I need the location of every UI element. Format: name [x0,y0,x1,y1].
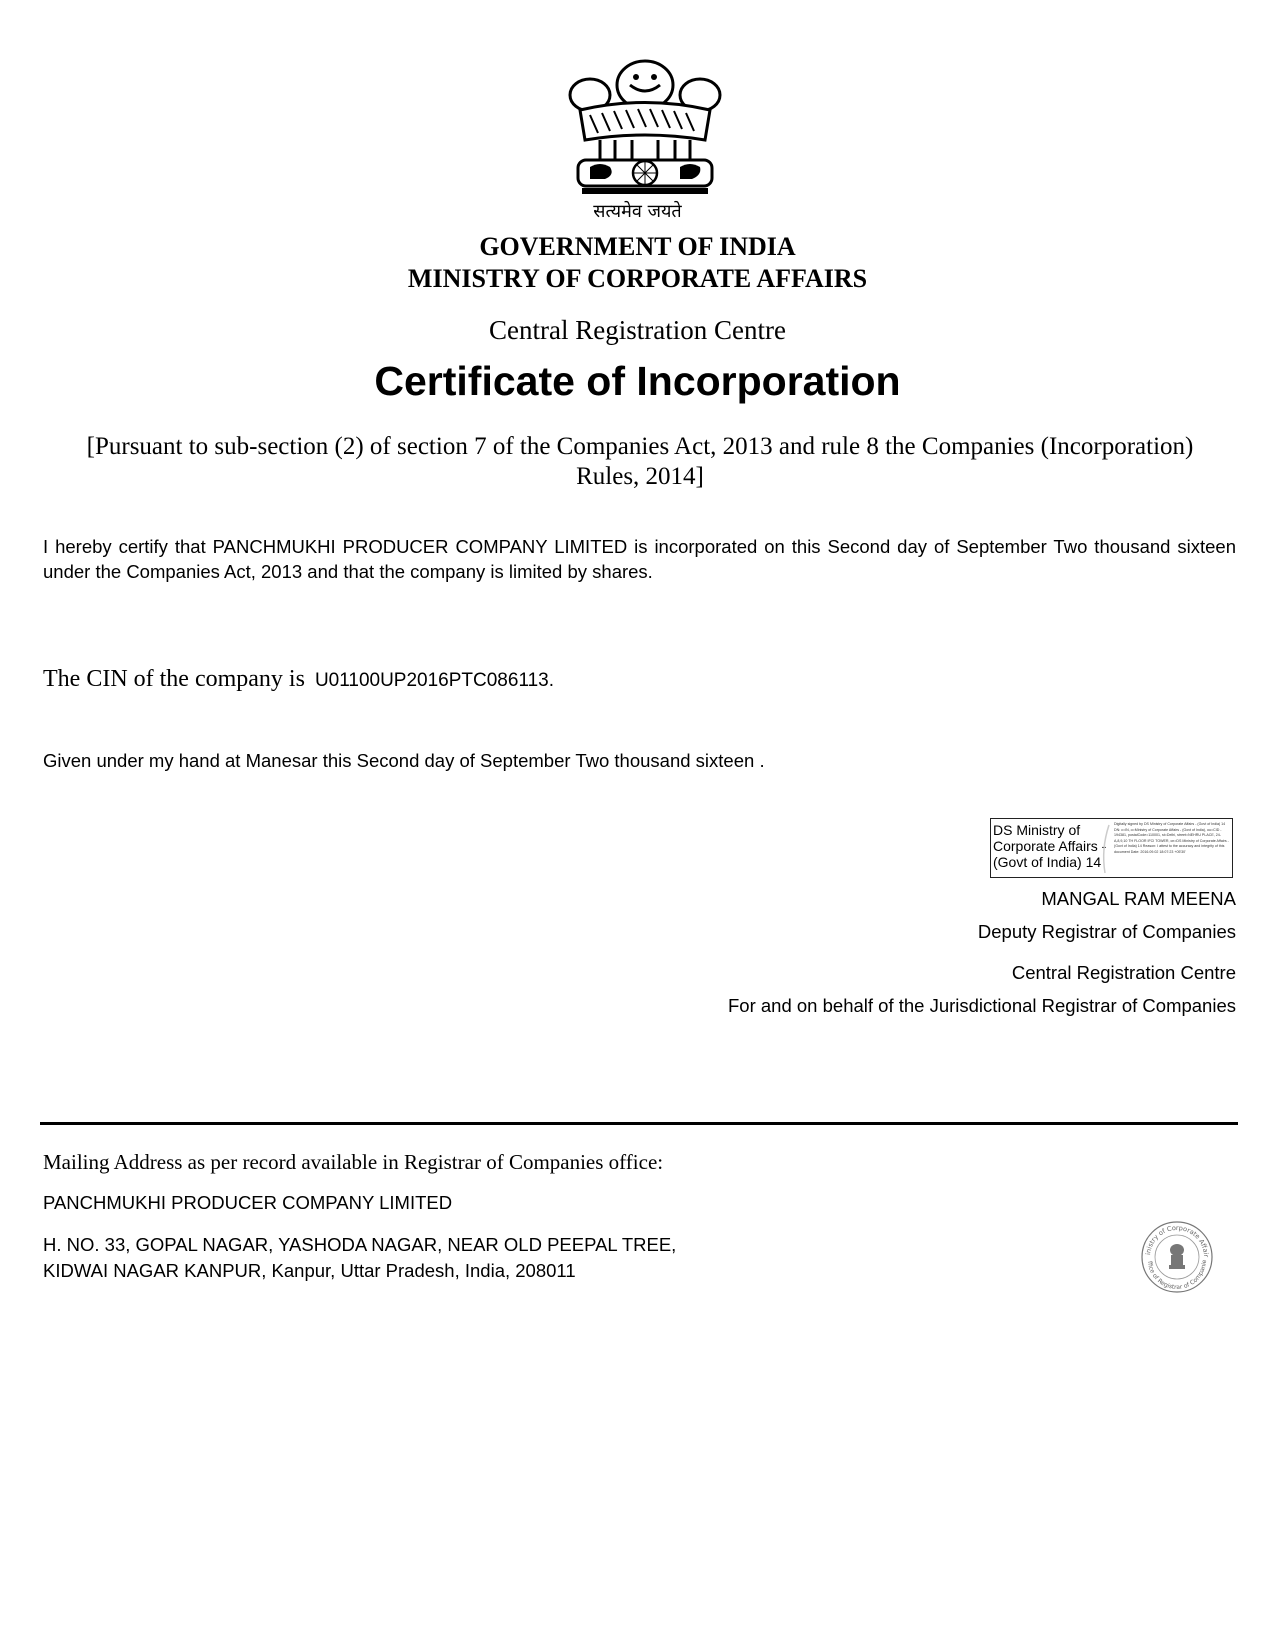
cin-value: U01100UP2016PTC086113. [315,670,554,691]
digital-signature-box[interactable]: DS Ministry of Corporate Affairs - (Govt… [990,818,1233,878]
signature-details: Digitally signed by DS Ministry of Corpo… [1114,822,1230,856]
mailing-address-label: Mailing Address as per record available … [43,1150,663,1175]
mailing-address: H. NO. 33, GOPAL NAGAR, YASHODA NAGAR, N… [43,1232,743,1284]
cin-label: The CIN of the company is [43,666,305,692]
page-title: Certificate of Incorporation [0,358,1275,405]
given-under-statement: Given under my hand at Manesar this Seco… [43,750,765,772]
signer-title: Deputy Registrar of Companies [978,921,1236,943]
signer-name: MANGAL RAM MEENA [1041,888,1236,910]
national-motto: सत्यमेव जयते [0,199,1275,223]
signature-validity-mark-icon [1099,823,1113,875]
centre-subheading: Central Registration Centre [0,315,1275,346]
national-emblem-icon [560,55,730,205]
certification-statement: I hereby certify that PANCHMUKHI PRODUCE… [43,534,1236,584]
legal-reference: [Pursuant to sub-section (2) of section … [60,432,1220,492]
mailing-company-name: PANCHMUKHI PRODUCER COMPANY LIMITED [43,1192,452,1214]
cin-line: The CIN of the company isU01100UP2016PTC… [43,666,554,693]
roc-seal-icon: Ministry of Corporate Affairs Office of … [1140,1220,1214,1294]
signer-behalf: For and on behalf of the Jurisdictional … [728,995,1236,1017]
signer-centre: Central Registration Centre [1012,962,1236,984]
government-heading: GOVERNMENT OF INDIA [0,232,1275,262]
signature-name: DS Ministry of Corporate Affairs - (Govt… [993,822,1111,870]
footer-divider [40,1122,1238,1125]
ministry-heading: MINISTRY OF CORPORATE AFFAIRS [0,264,1275,294]
